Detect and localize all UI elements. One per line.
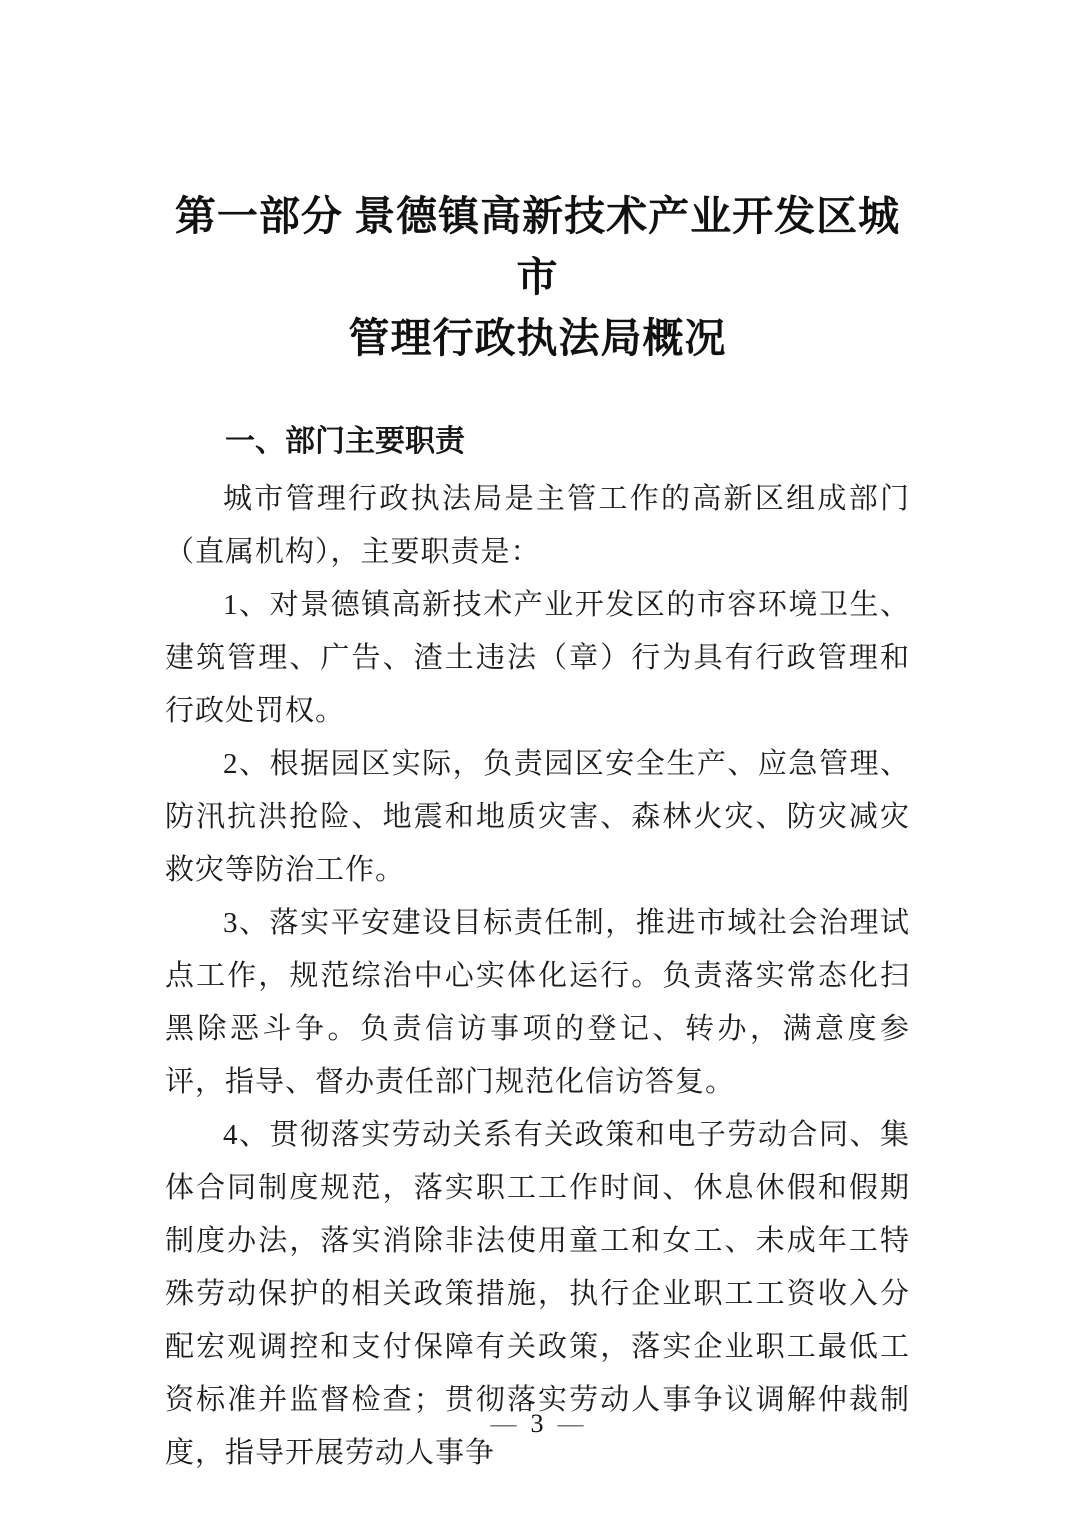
document-page: 第一部分 景德镇高新技术产业开发区城市 管理行政执法局概况 一、部门主要职责 城… [0, 0, 1074, 1520]
document-title-line1: 第一部分 景德镇高新技术产业开发区城市 [175, 193, 900, 300]
document-body: 城市管理行政执法局是主管工作的高新区组成部门（直属机构），主要职责是： 1、对景… [165, 473, 910, 1480]
footer-left-dash: — [477, 1409, 531, 1438]
document-title: 第一部分 景德镇高新技术产业开发区城市 管理行政执法局概况 [165, 186, 910, 369]
paragraph-intro: 城市管理行政执法局是主管工作的高新区组成部门（直属机构），主要职责是： [165, 473, 910, 579]
document-title-line2: 管理行政执法局概况 [349, 315, 727, 361]
page-number: 3 [531, 1409, 544, 1438]
paragraph-item-3: 3、落实平安建设目标责任制，推进市域社会治理试点工作，规范综治中心实体化运行。负… [165, 897, 910, 1109]
paragraph-item-2: 2、根据园区实际，负责园区安全生产、应急管理、防汛抗洪抢险、地震和地质灾害、森林… [165, 738, 910, 897]
section-heading: 一、部门主要职责 [165, 421, 910, 463]
paragraph-item-1: 1、对景德镇高新技术产业开发区的市容环境卫生、建筑管理、广告、渣土违法（章）行为… [165, 579, 910, 738]
footer-right-dash: — [544, 1409, 598, 1438]
page-footer: —3— [0, 1404, 1074, 1444]
